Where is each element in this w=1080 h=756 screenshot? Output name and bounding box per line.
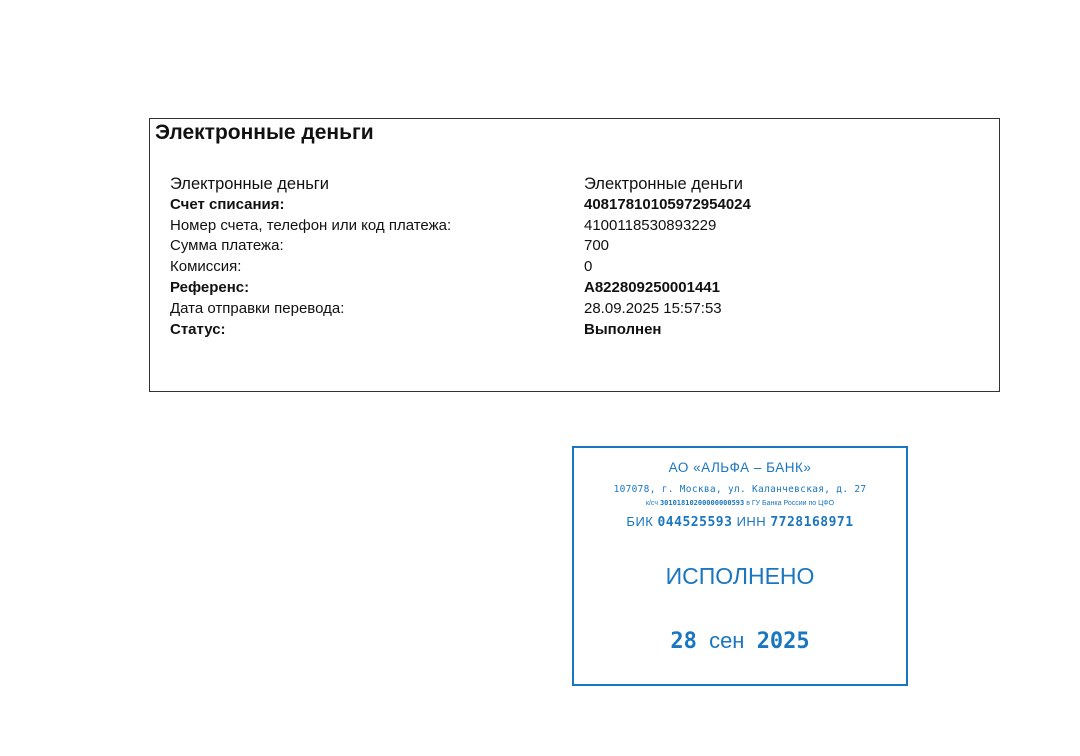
corr-prefix: к/сч: [646, 500, 658, 507]
payment-receipt: Электронные деньги Электронные деньги Эл…: [149, 118, 1000, 392]
stamp-date-day: 28: [670, 629, 697, 654]
corr-account-number: 30101810200000000593: [660, 499, 744, 507]
detail-label: Дата отправки перевода:: [170, 299, 584, 320]
inn-label: ИНН: [737, 514, 767, 529]
stamp-status: ИСПОЛНЕНО: [574, 563, 906, 590]
detail-row-amount: Сумма платежа: 700: [170, 236, 990, 257]
detail-row-debit-account: Счет списания: 40817810105972954024: [170, 195, 990, 216]
detail-label: Комиссия:: [170, 257, 584, 278]
receipt-details: Электронные деньги Электронные деньги Сч…: [170, 174, 990, 340]
stamp-bank-name: АО «АЛЬФА – БАНК»: [574, 460, 906, 475]
detail-label: Сумма платежа:: [170, 236, 584, 257]
detail-value: 40817810105972954024: [584, 195, 990, 216]
stamp-date: 28 сен 2025: [574, 628, 906, 654]
detail-label: Номер счета, телефон или код платежа:: [170, 216, 584, 237]
detail-label: Электронные деньги: [170, 174, 584, 195]
detail-label: Референс:: [170, 278, 584, 299]
detail-row-type: Электронные деньги Электронные деньги: [170, 174, 990, 195]
detail-row-date: Дата отправки перевода: 28.09.2025 15:57…: [170, 299, 990, 320]
detail-row-recipient: Номер счета, телефон или код платежа: 41…: [170, 216, 990, 237]
detail-value: 0: [584, 257, 990, 278]
detail-value: 28.09.2025 15:57:53: [584, 299, 990, 320]
bank-stamp: АО «АЛЬФА – БАНК» 107078, г. Москва, ул.…: [572, 446, 908, 686]
corr-suffix: в ГУ Банка России по ЦФО: [746, 500, 834, 507]
detail-label: Статус:: [170, 320, 584, 341]
detail-row-reference: Референс: A822809250001441: [170, 278, 990, 299]
detail-value: A822809250001441: [584, 278, 990, 299]
inn-value: 7728168971: [770, 515, 853, 530]
stamp-ids: БИК 044525593 ИНН 7728168971: [574, 514, 906, 530]
detail-value: 700: [584, 236, 990, 257]
stamp-date-year: 2025: [757, 629, 810, 654]
detail-label: Счет списания:: [170, 195, 584, 216]
stamp-corr-account: к/сч 30101810200000000593 в ГУ Банка Рос…: [574, 499, 906, 507]
stamp-address: 107078, г. Москва, ул. Каланчевская, д. …: [574, 484, 906, 495]
receipt-title: Электронные деньги: [155, 121, 374, 145]
stamp-date-month: сен: [709, 628, 744, 653]
detail-value: 4100118530893229: [584, 216, 990, 237]
bik-value: 044525593: [657, 515, 732, 530]
bik-label: БИК: [626, 514, 653, 529]
detail-row-status: Статус: Выполнен: [170, 320, 990, 341]
detail-value: Выполнен: [584, 320, 990, 341]
detail-value: Электронные деньги: [584, 174, 990, 195]
detail-row-fee: Комиссия: 0: [170, 257, 990, 278]
